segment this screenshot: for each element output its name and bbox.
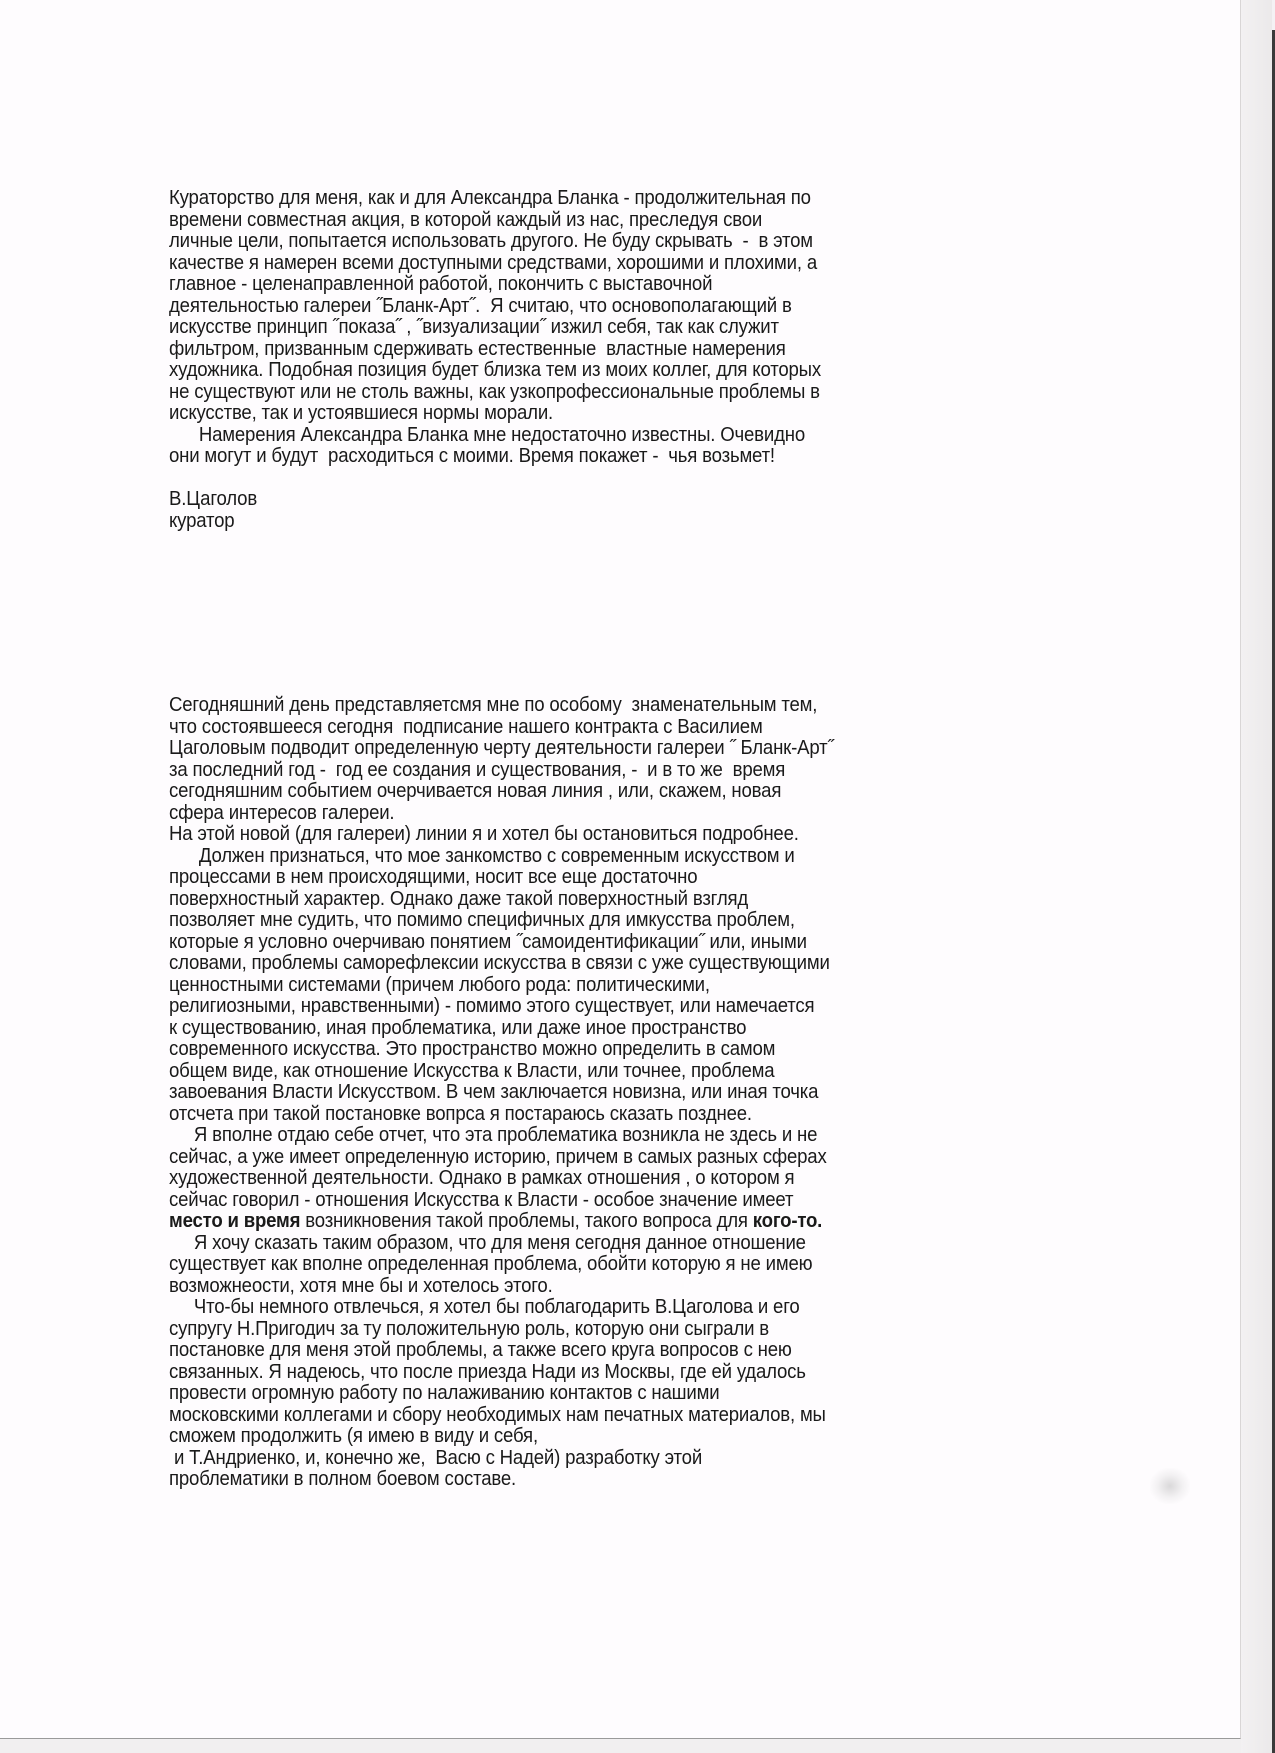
text-line: современного искусства. Это пространство… <box>169 1039 1006 1061</box>
text-line: не существуют или не столь важны, как уз… <box>169 382 1006 404</box>
text-line: они могут и будут расходиться с моими. В… <box>169 446 1006 468</box>
text-line: возможнеости, хотя мне бы и хотелось это… <box>169 1276 1006 1298</box>
text-line: сегодняшним событием очерчивается новая … <box>169 781 1006 803</box>
text-line: постановке для меня этой проблемы, а так… <box>169 1340 1006 1362</box>
text-line: связанных. Я надеюсь, что после приезда … <box>169 1362 1006 1384</box>
text-line: что состоявшееся сегодня подписание наше… <box>169 717 1006 739</box>
text-line: фильтром, призванным сдерживать естестве… <box>169 339 1006 361</box>
scanner-margin-right <box>1241 0 1272 1753</box>
text-line: деятельностью галереи ˝Бланк-Арт˝. Я счи… <box>169 296 1006 318</box>
text-line: за последний год - год ее создания и сущ… <box>169 760 1006 782</box>
text-line: религиозными, нравственными) - помимо эт… <box>169 996 1006 1018</box>
text-line: проблематики в полном боевом составе. <box>169 1469 1006 1491</box>
text-line: сейчас говорил - отношения Искусства к В… <box>169 1190 1006 1212</box>
text-line: и Т.Андриенко, и, конечно же, Васю с Над… <box>169 1448 1006 1470</box>
text-line: Я вполне отдаю себе отчет, что эта пробл… <box>169 1125 1006 1147</box>
text-line: словами, проблемы саморефлексии искусств… <box>169 953 1006 975</box>
spacer <box>169 468 1006 490</box>
text-line: Должен признаться, что мое занкомство с … <box>169 846 1006 868</box>
text-line: искусстве принцип ˝показа˝ , ˝визуализац… <box>169 317 1006 339</box>
curator-statement: Кураторство для меня, как и для Александ… <box>169 188 1006 532</box>
text-line: к существованию, иная проблематика, или … <box>169 1018 1006 1040</box>
text-line: Цаголовым подводит определенную черту де… <box>169 738 1006 760</box>
text-line: поверхностный характер. Однако даже тако… <box>169 889 1006 911</box>
text-line: завоевания Власти Искусством. В чем закл… <box>169 1082 1006 1104</box>
signature-title: куратор <box>169 511 1006 533</box>
text-line: московскими коллегами и сбору необходимы… <box>169 1405 1006 1427</box>
text-line: общем виде, как отношение Искусства к Вл… <box>169 1061 1006 1083</box>
text-line: сфера интересов галереи. <box>169 803 1006 825</box>
text-line: Я хочу сказать таким образом, что для ме… <box>169 1233 1006 1255</box>
gallery-speech: Сегодняшний день представляетсмя мне по … <box>169 695 1006 1491</box>
text-line: сможем продолжить (я имею в виду и себя, <box>169 1426 1006 1448</box>
text-line: существует как вполне определенная пробл… <box>169 1254 1006 1276</box>
text-line: отсчета при такой постановке вопрса я по… <box>169 1104 1006 1126</box>
scanner-margin-bottom <box>0 1739 1241 1753</box>
scan-smudge <box>1150 1468 1190 1504</box>
text-line: качестве я намерен всеми доступными сред… <box>169 253 1006 275</box>
text-line: ценностными системами (причем любого род… <box>169 975 1006 997</box>
text-line: времени совместная акция, в которой кажд… <box>169 210 1006 232</box>
text-line: провести огромную работу по налаживанию … <box>169 1383 1006 1405</box>
text-line: которые я условно очерчиваю понятием ˝са… <box>169 932 1006 954</box>
text-line: художественной деятельности. Однако в ра… <box>169 1168 1006 1190</box>
text-line: Сегодняшний день представляетсмя мне по … <box>169 695 1006 717</box>
bold-phrase: место и время <box>169 1210 300 1232</box>
text-line: На этой новой (для галереи) линии я и хо… <box>169 824 1006 846</box>
text-line: процессами в нем происходящими, носит вс… <box>169 867 1006 889</box>
text-line: Что-бы немного отвлечься, я хотел бы поб… <box>169 1297 1006 1319</box>
plain-phrase: возникновения такой проблемы, такого воп… <box>300 1210 752 1232</box>
text-line: сейчас, а уже имеет определенную историю… <box>169 1147 1006 1169</box>
text-line-emphasis: место и время возникновения такой пробле… <box>169 1211 1006 1233</box>
text-line: супругу Н.Пригодич за ту положительную р… <box>169 1319 1006 1341</box>
text-line: искусстве, так и устоявшиеся нормы морал… <box>169 403 1006 425</box>
signature-name: В.Цаголов <box>169 489 1006 511</box>
text-line: Намерения Александра Бланка мне недостат… <box>169 425 1006 447</box>
text-line: личные цели, попытается использовать дру… <box>169 231 1006 253</box>
text-line: позволяет мне судить, что помимо специфи… <box>169 910 1006 932</box>
text-line: главное - целенаправленной работой, поко… <box>169 274 1006 296</box>
text-line: художника. Подобная позиция будет близка… <box>169 360 1006 382</box>
text-line: Кураторство для меня, как и для Александ… <box>169 188 1006 210</box>
bold-phrase: кого-то. <box>753 1210 822 1232</box>
